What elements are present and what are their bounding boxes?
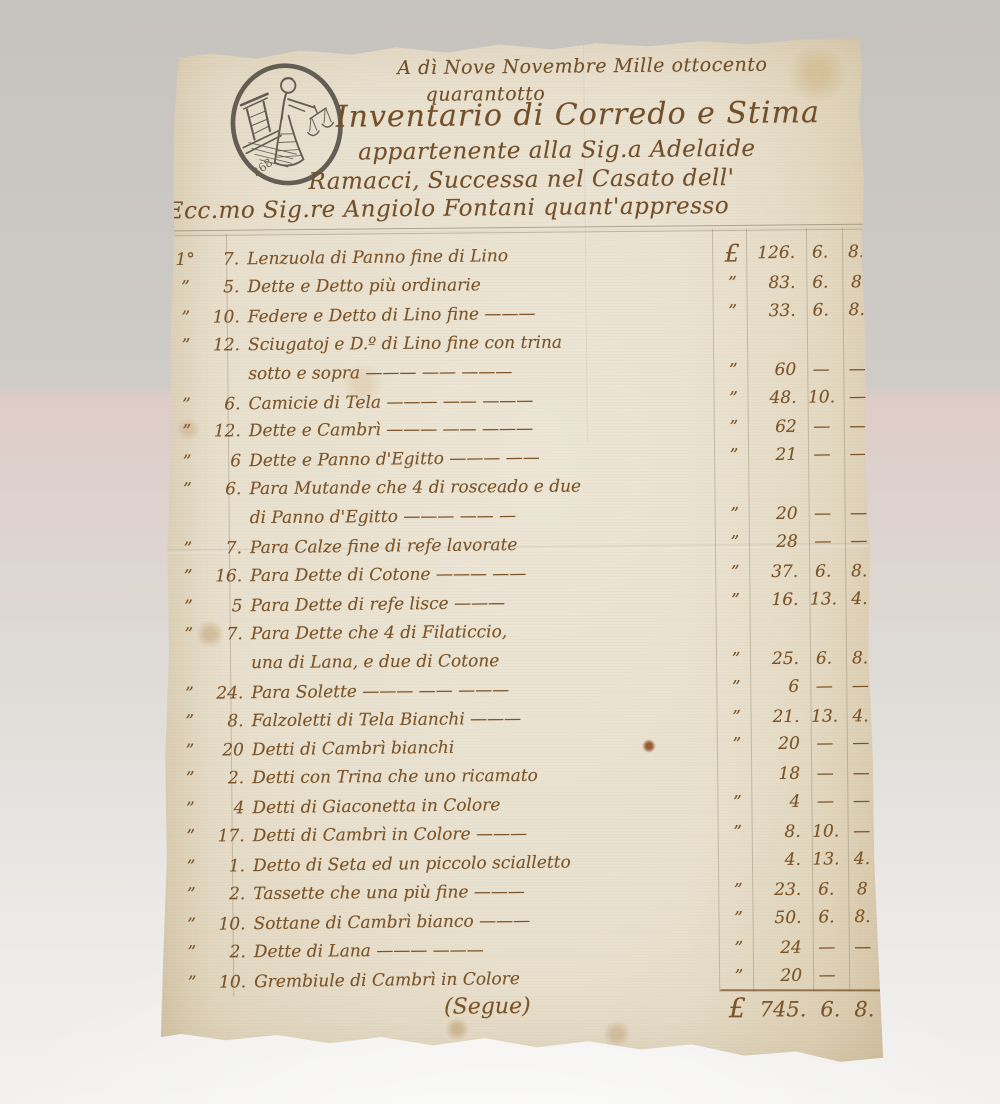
- row-ditto-mark: ”: [168, 304, 204, 333]
- row-currency-mark: ”: [722, 586, 748, 615]
- row-currency-mark: ”: [722, 528, 748, 557]
- row-ditto-mark: ”: [173, 823, 209, 852]
- row-value-denari: —: [841, 413, 875, 442]
- row-description: Dette di Lana ——— ———: [254, 934, 726, 967]
- row-value-denari: —: [845, 817, 879, 846]
- row-quantity: 1.: [209, 852, 253, 881]
- row-ditto-mark: ”: [170, 562, 206, 591]
- row-value-denari: —: [843, 671, 877, 700]
- row-value-lire: 20: [752, 961, 808, 991]
- grand-total: £ 745. 6. 8.: [720, 989, 880, 1024]
- row-value-denari: —: [840, 382, 874, 411]
- row-description: Dette e Detto più ordinarie: [247, 269, 719, 302]
- row-value-lire: 50.: [751, 904, 807, 934]
- row-ditto-mark: ”: [172, 765, 208, 794]
- row-value-lire: 6: [749, 672, 805, 702]
- row-value-denari: 8.: [840, 296, 874, 325]
- header-rule: [159, 224, 881, 237]
- total-currency: £: [720, 994, 754, 1024]
- row-description: Lenzuola di Panno fine di Lino: [247, 240, 719, 274]
- row-value-denari: 4.: [845, 845, 879, 874]
- row-quantity: 2.: [210, 938, 254, 967]
- row-currency-mark: ”: [725, 904, 751, 933]
- row-value-denari: 8.: [839, 238, 873, 267]
- row-value-soldi: 6.: [805, 644, 843, 673]
- row-value-lire: 20: [750, 730, 806, 760]
- row-ditto-mark: ”: [167, 273, 203, 302]
- row-quantity: 12.: [205, 418, 249, 447]
- row-currency-mark: ”: [724, 731, 750, 760]
- row-value-lire: 83.: [745, 269, 801, 298]
- row-value-soldi: 6.: [807, 875, 845, 904]
- inventory-rows: 1° 7. Lenzuola di Panno fine di Lino £ 1…: [167, 239, 880, 997]
- row-ditto-mark: ”: [172, 737, 208, 766]
- row-value-denari: 8.: [842, 557, 876, 586]
- row-value-soldi: —: [804, 500, 842, 529]
- row-quantity: 8.: [208, 707, 252, 736]
- row-ditto-mark: ”: [173, 911, 209, 940]
- row-currency-mark: ”: [720, 297, 746, 326]
- row-currency-mark: ”: [726, 962, 752, 991]
- row-value-soldi: —: [804, 527, 842, 556]
- row-currency-mark: ”: [723, 673, 749, 702]
- row-currency-mark: ”: [725, 818, 751, 847]
- row-currency-mark: ”: [722, 500, 748, 529]
- document-paper: 368 A dì Nove Novembre Mille ottocento q…: [152, 34, 892, 1066]
- row-description: Para Solette ——— —— ———: [251, 673, 723, 707]
- row-currency-mark: ”: [726, 934, 752, 963]
- row-ditto-mark: ”: [169, 476, 205, 505]
- row-quantity: 6.: [204, 390, 248, 419]
- row-currency-mark: ”: [724, 703, 750, 732]
- row-value-denari: —: [841, 440, 875, 469]
- row-description: Federe e Detto di Lino fine ———: [248, 297, 720, 331]
- row-description: Tassette che una più fine ———: [253, 876, 725, 909]
- row-value-lire: 16.: [748, 586, 804, 616]
- row-value-lire: 37.: [748, 558, 804, 587]
- row-quantity: 7.: [207, 620, 251, 649]
- row-value-soldi: 13.: [804, 585, 842, 614]
- row-value-lire: 126.: [745, 239, 801, 269]
- row-description: Sciugatoj e D.º di Lino fine con trinaso…: [248, 327, 720, 389]
- photo-backdrop: 368 A dì Nove Novembre Mille ottocento q…: [0, 0, 1000, 1104]
- table-row: ” 12. Sciugatoj e D.º di Lino fine con t…: [168, 326, 874, 389]
- row-description: Para Dette di refe lisce ———: [250, 587, 722, 621]
- row-ditto-mark: ”: [170, 535, 206, 564]
- row-quantity: 6: [205, 448, 249, 477]
- row-value-soldi: —: [803, 413, 841, 442]
- row-description: Detti con Trina che uno ricamato: [252, 761, 724, 794]
- row-ditto-mark: ”: [168, 331, 204, 360]
- row-quantity: 24.: [207, 679, 251, 708]
- row-value-denari: —: [844, 760, 878, 789]
- row-ditto-mark: ”: [174, 968, 210, 997]
- table-row: ” 6. Para Mutande che 4 di rosceado e du…: [169, 470, 875, 533]
- row-value-lire: 28: [748, 528, 804, 558]
- row-ditto-mark: ”: [171, 679, 207, 708]
- row-value-lire: 25.: [749, 644, 805, 673]
- row-currency-mark: £: [719, 239, 745, 268]
- row-currency-mark: ”: [720, 356, 746, 385]
- row-quantity: 20: [208, 737, 252, 766]
- row-value-denari: —: [844, 729, 878, 758]
- document-header: A dì Nove Novembre Mille ottocento quara…: [147, 30, 887, 37]
- total-soldi: 6.: [812, 994, 848, 1024]
- row-quantity: 10.: [210, 968, 254, 997]
- row-currency-mark: ”: [722, 558, 748, 587]
- row-value-soldi: 10.: [807, 818, 845, 847]
- row-value-soldi: —: [802, 355, 840, 384]
- table-row: ” 7. Para Dette che 4 di Filaticcio,una …: [171, 615, 877, 678]
- row-ditto-mark: ”: [174, 938, 210, 967]
- row-quantity: 12.: [204, 331, 248, 360]
- row-ditto-mark: ”: [172, 707, 208, 736]
- row-currency-mark: ”: [721, 442, 747, 471]
- row-value-soldi: —: [806, 760, 844, 789]
- row-value-soldi: 13.: [805, 702, 843, 731]
- row-quantity: 2.: [209, 880, 253, 909]
- row-quantity: 2.: [208, 764, 252, 793]
- row-ditto-mark: ”: [173, 853, 209, 882]
- row-value-soldi: —: [806, 730, 844, 759]
- row-value-denari: —: [844, 787, 878, 816]
- row-description: Para Dette di Cotone ——— ——: [250, 558, 722, 591]
- row-quantity: 7.: [203, 245, 247, 274]
- row-quantity: 6.: [205, 475, 249, 504]
- header-subtitle-1: appartenente alla Sig.a Adelaide: [358, 136, 756, 166]
- row-value-lire: 18: [750, 760, 806, 789]
- row-value-lire: 62: [747, 413, 803, 442]
- row-ditto-mark: 1°: [167, 246, 203, 275]
- row-currency-mark: ”: [721, 414, 747, 443]
- row-currency-mark: ”: [723, 645, 749, 674]
- row-quantity: 5: [206, 592, 250, 621]
- row-value-soldi: 6.: [804, 557, 842, 586]
- row-currency-mark: ”: [719, 269, 745, 298]
- row-value-denari: 8: [839, 268, 873, 297]
- row-description: Para Mutande che 4 di rosceado e duedi P…: [249, 472, 721, 534]
- row-quantity: 10.: [209, 910, 253, 939]
- date-line-1: A dì Nove Novembre Mille ottocento: [397, 54, 767, 80]
- row-value-soldi: 6.: [802, 296, 840, 325]
- row-quantity: 16.: [206, 562, 250, 591]
- row-value-denari: 8.: [843, 644, 877, 673]
- total-lire: 745.: [754, 994, 812, 1024]
- row-value-lire: 4: [750, 788, 806, 818]
- row-value-denari: —: [842, 527, 876, 556]
- total-denari: 8.: [848, 994, 880, 1024]
- row-value-soldi: —: [806, 787, 844, 816]
- row-ditto-mark: ”: [173, 880, 209, 909]
- header-subtitle-3: Ecc.mo Sig.re Angiolo Fontani quant'appr…: [167, 193, 730, 224]
- segue-note: (Segue): [254, 990, 720, 1024]
- row-value-lire: 48.: [746, 383, 802, 413]
- row-value-lire: 60: [746, 355, 802, 384]
- footer-spacer: [174, 995, 254, 996]
- row-value-soldi: —: [803, 441, 841, 470]
- row-currency-mark: ”: [725, 876, 751, 905]
- document-content: 368 A dì Nove Novembre Mille ottocento q…: [147, 30, 897, 1069]
- row-ditto-mark: ”: [168, 390, 204, 419]
- row-value-denari: 8.: [845, 903, 879, 932]
- table-footer: (Segue) £ 745. 6. 8.: [174, 989, 880, 1031]
- row-value-lire: 21.: [750, 702, 806, 731]
- row-value-soldi: —: [808, 933, 846, 962]
- row-ditto-mark: ”: [171, 620, 207, 649]
- row-value-soldi: 6.: [801, 268, 839, 297]
- row-value-soldi: 6.: [801, 238, 839, 267]
- row-value-lire: 24: [752, 934, 808, 963]
- row-description: Detto di Seta ed un piccolo scialletto: [253, 847, 725, 881]
- row-value-soldi: —: [808, 961, 846, 990]
- row-description: Para Dette che 4 di Filaticcio,una di La…: [251, 616, 723, 678]
- row-value-denari: —: [840, 355, 874, 384]
- row-value-lire: 20: [748, 500, 804, 529]
- row-currency-mark: ”: [724, 789, 750, 818]
- row-currency-mark: ”: [720, 384, 746, 413]
- row-quantity: 7.: [206, 534, 250, 563]
- row-ditto-mark: ”: [169, 448, 205, 477]
- row-quantity: 4: [208, 794, 252, 823]
- row-ditto-mark: ”: [169, 418, 205, 447]
- row-ditto-mark: ”: [170, 593, 206, 622]
- row-value-lire: 33.: [746, 297, 802, 327]
- row-value-denari: —: [846, 933, 880, 962]
- row-value-lire: 4.: [751, 846, 807, 876]
- document-title: Inventario di Corredo e Stima: [336, 95, 820, 135]
- row-value-lire: 21: [747, 441, 803, 471]
- row-value-denari: —: [842, 499, 876, 528]
- row-value-soldi: —: [805, 672, 843, 701]
- row-quantity: 17.: [209, 822, 253, 851]
- row-value-lire: 23.: [751, 876, 807, 905]
- row-value-denari: 4.: [842, 585, 876, 614]
- row-value-soldi: 13.: [807, 845, 845, 874]
- row-ditto-mark: ”: [172, 795, 208, 824]
- row-description: Detti di Cambrì in Colore ———: [253, 819, 725, 852]
- row-quantity: 5.: [203, 273, 247, 302]
- row-description: Sottane di Cambrì bianco ———: [253, 904, 725, 938]
- header-subtitle-2: Ramacci, Successa nel Casato dell': [308, 165, 734, 195]
- row-value-soldi: 6.: [807, 903, 845, 932]
- row-value-soldi: 10.: [802, 383, 840, 412]
- row-value-denari: 4.: [843, 702, 877, 731]
- stamp-number: 368: [249, 155, 275, 179]
- row-value-lire: 8.: [751, 818, 807, 847]
- row-quantity: 10.: [204, 303, 248, 332]
- row-value-denari: 8: [845, 875, 879, 904]
